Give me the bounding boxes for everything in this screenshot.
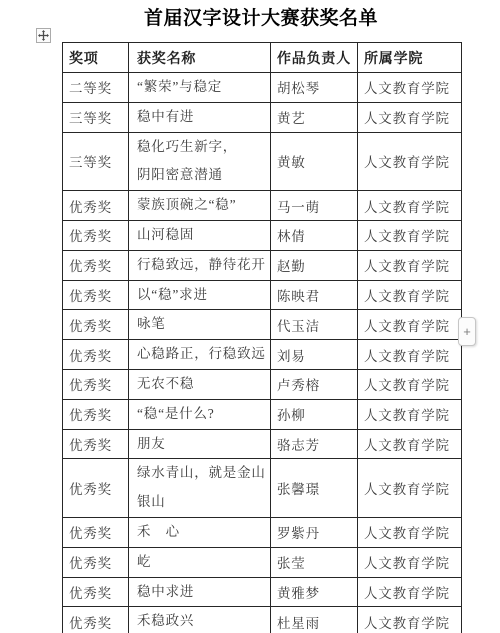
cell-award: 优秀奖 [63,459,129,518]
cell-college: 人文教育学院 [358,399,462,429]
move-arrows-icon [38,30,49,41]
cell-college: 人文教育学院 [358,102,462,132]
table-row: 优秀奖 心稳路正，行稳致远 刘易 人文教育学院 [63,340,462,370]
cell-award: 优秀奖 [63,340,129,370]
cell-college: 人文教育学院 [358,517,462,547]
cell-owner: 张馨璟 [271,459,358,518]
cell-college: 人文教育学院 [358,547,462,577]
cell-work-title: 朋友 [129,429,271,459]
cell-college: 人文教育学院 [358,577,462,607]
cell-college: 人文教育学院 [358,310,462,340]
cell-college: 人文教育学院 [358,340,462,370]
cell-award: 优秀奖 [63,191,129,221]
cell-award: 优秀奖 [63,429,129,459]
cell-college: 人文教育学院 [358,73,462,103]
col-header-work-title: 获奖名称 [129,43,271,73]
cell-award: 优秀奖 [63,399,129,429]
cell-work-title: “稳“是什么? [129,399,271,429]
cell-work-title: 禾稳政兴 [129,607,271,633]
cell-award: 三等奖 [63,102,129,132]
col-header-owner: 作品负责人 [271,43,358,73]
cell-owner: 胡松琴 [271,73,358,103]
cell-owner: 马一萌 [271,191,358,221]
table-row: 优秀奖 朋友 骆志芳 人文教育学院 [63,429,462,459]
table-row: 优秀奖 “稳“是什么? 孙柳 人文教育学院 [63,399,462,429]
cell-award: 优秀奖 [63,220,129,250]
cell-owner: 罗紫丹 [271,517,358,547]
cell-college: 人文教育学院 [358,220,462,250]
table-row: 优秀奖 屹 张莹 人文教育学院 [63,547,462,577]
cell-work-title: 稳中求进 [129,577,271,607]
header-row: 奖项 获奖名称 作品负责人 所属学院 [63,43,462,73]
cell-college: 人文教育学院 [358,369,462,399]
cell-award: 优秀奖 [63,547,129,577]
table-row: 三等奖 稳化巧生新字， 阴阳密意潜通 黄敏 人文教育学院 [63,132,462,191]
cell-award: 优秀奖 [63,280,129,310]
cell-owner: 孙柳 [271,399,358,429]
cell-owner: 陈映君 [271,280,358,310]
table-row: 优秀奖 稳中求进 黄雅梦 人文教育学院 [63,577,462,607]
cell-award: 优秀奖 [63,607,129,633]
table-row: 优秀奖 禾稳政兴 杜星雨 人文教育学院 [63,607,462,633]
cell-owner: 刘易 [271,340,358,370]
cell-work-title: 蒙族顶碗之“稳” [129,191,271,221]
cell-work-title: 以“稳”求进 [129,280,271,310]
table-row: 优秀奖 咏笔 代玉洁 人文教育学院 [63,310,462,340]
cell-owner: 杜星雨 [271,607,358,633]
cell-work-title: 禾 心 [129,517,271,547]
cell-work-title: 稳化巧生新字， 阴阳密意潜通 [129,132,271,191]
table-row: 优秀奖 无农不稳 卢秀榕 人文教育学院 [63,369,462,399]
cell-award: 二等奖 [63,73,129,103]
table-row: 优秀奖 以“稳”求进 陈映君 人文教育学院 [63,280,462,310]
col-header-award: 奖项 [63,43,129,73]
table-row: 优秀奖 蒙族顶碗之“稳” 马一萌 人文教育学院 [63,191,462,221]
cell-owner: 林倩 [271,220,358,250]
table-row: 三等奖 稳中有进 黄艺 人文教育学院 [63,102,462,132]
cell-college: 人文教育学院 [358,459,462,518]
cell-college: 人文教育学院 [358,607,462,633]
cell-work-title: 屹 [129,547,271,577]
cell-college: 人文教育学院 [358,132,462,191]
cell-award: 优秀奖 [63,369,129,399]
page-title: 首届汉字设计大赛获奖名单 [62,3,460,30]
cell-work-title: 行稳致远，静待花开 [129,250,271,280]
cell-work-title: 无农不稳 [129,369,271,399]
cell-award: 优秀奖 [63,250,129,280]
cell-owner: 黄艺 [271,102,358,132]
cell-work-title: 绿水青山，就是金山 银山 [129,459,271,518]
cell-work-title: 心稳路正，行稳致远 [129,340,271,370]
table-row: 优秀奖 行稳致远，静待花开 赵勤 人文教育学院 [63,250,462,280]
cell-college: 人文教育学院 [358,250,462,280]
cell-owner: 张莹 [271,547,358,577]
table-move-handle[interactable] [36,28,51,43]
table-row: 二等奖 “繁荣”与稳定 胡松琴 人文教育学院 [63,73,462,103]
cell-award: 优秀奖 [63,310,129,340]
table-row: 优秀奖 禾 心 罗紫丹 人文教育学院 [63,517,462,547]
col-header-college: 所属学院 [358,43,462,73]
cell-college: 人文教育学院 [358,191,462,221]
awards-table: 奖项 获奖名称 作品负责人 所属学院 二等奖 “繁荣”与稳定 胡松琴 人文教育学… [62,42,462,633]
table-row: 优秀奖 绿水青山，就是金山 银山 张馨璟 人文教育学院 [63,459,462,518]
cell-owner: 黄敏 [271,132,358,191]
cell-owner: 卢秀榕 [271,369,358,399]
cell-owner: 代玉洁 [271,310,358,340]
cell-work-title: 咏笔 [129,310,271,340]
table-row: 优秀奖 山河稳固 林倩 人文教育学院 [63,220,462,250]
cell-owner: 赵勤 [271,250,358,280]
cell-college: 人文教育学院 [358,429,462,459]
cell-award: 优秀奖 [63,517,129,547]
cell-work-title: “繁荣”与稳定 [129,73,271,103]
cell-college: 人文教育学院 [358,280,462,310]
cell-work-title: 山河稳固 [129,220,271,250]
cell-owner: 黄雅梦 [271,577,358,607]
insert-row-button[interactable]: + [458,317,476,346]
cell-work-title: 稳中有进 [129,102,271,132]
cell-award: 优秀奖 [63,577,129,607]
cell-award: 三等奖 [63,132,129,191]
cell-owner: 骆志芳 [271,429,358,459]
